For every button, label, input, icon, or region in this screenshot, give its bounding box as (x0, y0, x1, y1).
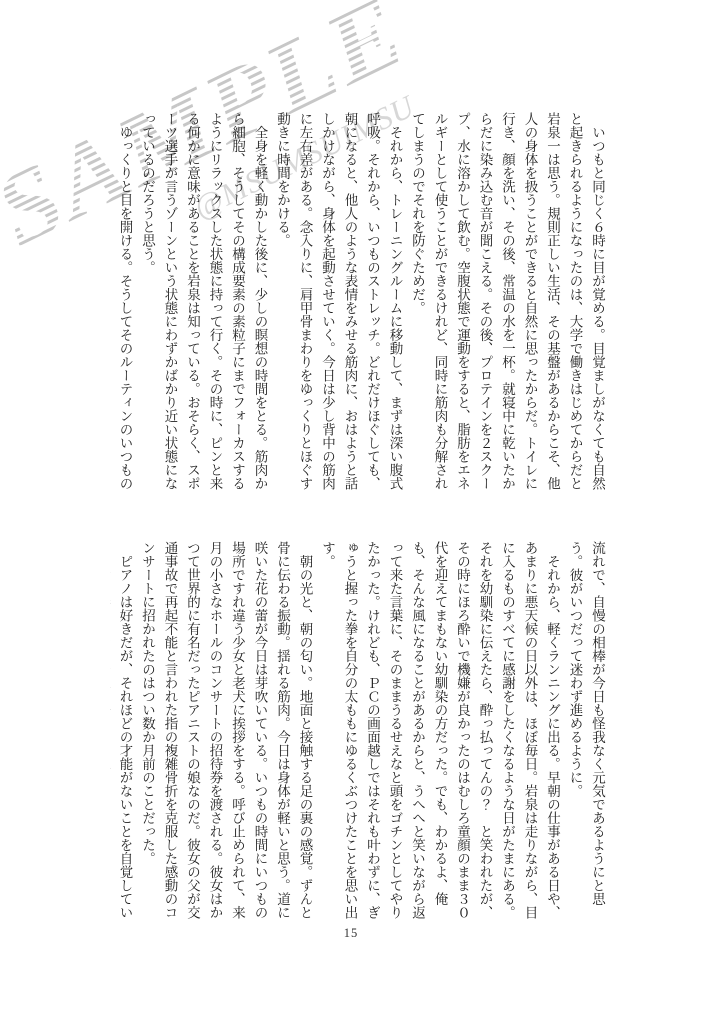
document-page: SAMPLE @MSUMSUIMSU いつもと同じく６時に目が覚める。目覚ましが… (0, 0, 721, 1024)
page-number: 15 (331, 926, 371, 941)
upper-text-block: いつもと同じく６時に目が覚める。目覚ましがなくても自然と起きられるようになったの… (110, 112, 608, 493)
paragraph: 流れで、自慢の相棒が今日も怪我なく元気であるようにと思う。彼がいつだって迷わず進… (563, 541, 608, 922)
paragraph: 全身を軽く動かした後に、少しの瞑想の時間をとる。筋肉から細胞、そうしてその構成要… (136, 112, 271, 493)
paragraph: それから、軽くランニングに出る。早朝の仕事がある日や、あまりに悪天候の日以外は、… (316, 541, 564, 922)
paragraph: それから、トレーニングルームに移動して、まずは深い腹式呼吸。それから、いつものス… (271, 112, 406, 493)
lower-text-block: 流れで、自慢の相棒が今日も怪我なく元気であるようにと思う。彼がいつだって迷わず進… (110, 541, 608, 922)
paragraph: 朝の光と、朝の匂い。地面と接触する足の裏の感覚。ずんと骨に伝わる振動。揺れる筋肉… (136, 541, 316, 922)
paragraph: ピアノは好きだが、それほどの才能がないことを自覚している少女の奏でる音を岩泉は好… (110, 541, 136, 922)
paragraph: いつもと同じく６時に目が覚める。目覚ましがなくても自然と起きられるようになったの… (406, 112, 609, 493)
paragraph: ゆっくりと目を開ける。そうしてそのルーティンのいつもの (113, 112, 136, 493)
